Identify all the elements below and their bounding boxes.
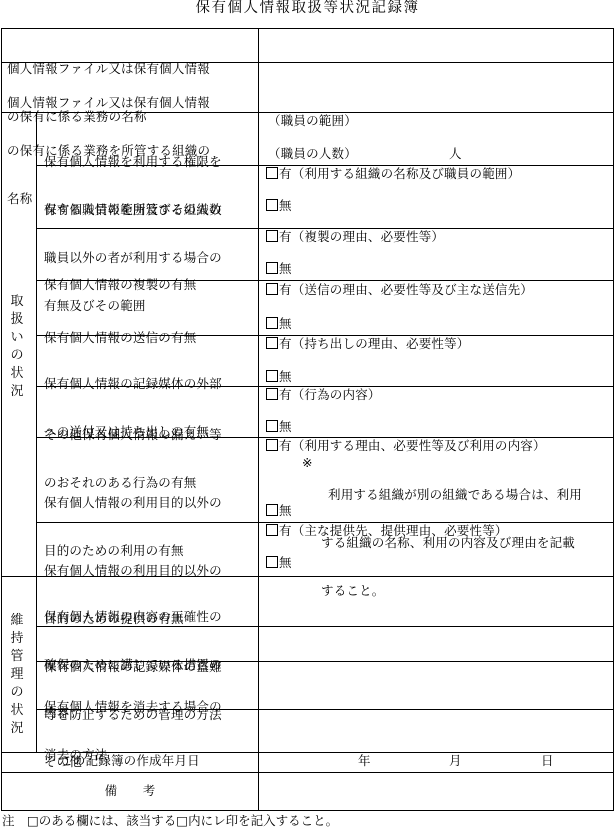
table-border-bottom xyxy=(1,810,614,811)
created-date-month[interactable]: 月 xyxy=(449,753,462,769)
checkbox-yes[interactable] xyxy=(266,439,278,451)
maintenance-group-label: 維持管理の状況 xyxy=(9,612,25,738)
handling-item-6-note-mark: ※ xyxy=(302,455,313,471)
checkbox-no[interactable] xyxy=(266,199,278,211)
handling-item-3-no[interactable]: 無 xyxy=(266,316,292,332)
maintenance-item-1-field[interactable] xyxy=(259,627,613,661)
footnote: 注 □のある欄には、該当する□内にレ印を記入すること。 xyxy=(2,813,338,829)
checkbox-no[interactable] xyxy=(266,420,278,432)
handling-item-3-yes[interactable]: 有（送信の理由、必要性等及び主な送信先） xyxy=(266,282,533,298)
remarks-label: 備 考 xyxy=(2,783,258,799)
handling-item-4-yes[interactable]: 有（持ち出しの理由、必要性等） xyxy=(266,336,470,352)
created-date-day[interactable]: 日 xyxy=(541,753,554,769)
maintenance-item-2-field[interactable] xyxy=(259,662,613,709)
handling-item-5-yes[interactable]: 有（行為の内容） xyxy=(266,387,381,403)
checkbox-no[interactable] xyxy=(266,370,278,382)
checkbox-no[interactable] xyxy=(266,504,278,516)
checkbox-yes[interactable] xyxy=(266,388,278,400)
created-date-label: この記録簿の作成年月日 xyxy=(2,753,258,769)
remarks-field[interactable] xyxy=(259,773,613,810)
handling-item-2-no[interactable]: 無 xyxy=(266,261,292,277)
page-title: 保有個人情報取扱等状況記録簿 xyxy=(0,0,615,17)
handling-item-1-no[interactable]: 無 xyxy=(266,198,292,214)
handling-item-1-yes[interactable]: 有（利用する組織の名称及び職員の範囲） xyxy=(266,166,520,182)
checkbox-yes[interactable] xyxy=(266,230,278,242)
staff-count-unit: 人 xyxy=(449,146,462,162)
table-border-right xyxy=(613,28,614,811)
checkbox-yes[interactable] xyxy=(266,167,278,179)
staff-scope-label: （職員の範囲） xyxy=(268,113,357,129)
handling-group-label: 取扱いの状況 xyxy=(9,293,25,401)
created-date-year[interactable]: 年 xyxy=(358,753,371,769)
handling-item-2-yes[interactable]: 有（複製の理由、必要性等） xyxy=(266,229,444,245)
handling-item-5-no[interactable]: 無 xyxy=(266,419,292,435)
table-border-left xyxy=(1,28,2,811)
org-name-field[interactable] xyxy=(259,63,613,112)
checkbox-no[interactable] xyxy=(266,317,278,329)
handling-item-7-yes[interactable]: 有（主な提供先、提供理由、必要性等） xyxy=(266,523,508,539)
checkbox-no[interactable] xyxy=(266,556,278,568)
staff-count-label: （職員の人数） xyxy=(268,146,357,162)
handling-item-6-no[interactable]: 無 xyxy=(266,503,292,519)
checkbox-yes[interactable] xyxy=(266,524,278,536)
maintenance-item-0-field[interactable] xyxy=(259,577,613,626)
handling-item-4-no[interactable]: 無 xyxy=(266,369,292,385)
checkbox-no[interactable] xyxy=(266,262,278,274)
maintenance-item-3-field[interactable] xyxy=(259,710,613,752)
handling-item-6-yes[interactable]: 有（利用する理由、必要性等及び利用の内容） xyxy=(266,438,546,454)
checkbox-yes[interactable] xyxy=(266,283,278,295)
file-name-field[interactable] xyxy=(259,29,613,62)
checkbox-yes[interactable] xyxy=(266,337,278,349)
handling-item-7-no[interactable]: 無 xyxy=(266,555,292,571)
